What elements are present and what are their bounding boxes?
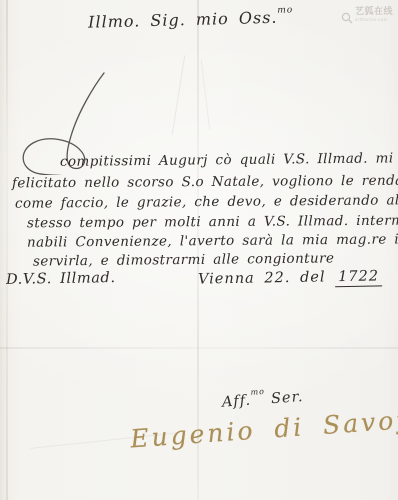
- valediction-superscript: mo: [250, 387, 265, 397]
- watermark-text-block: 艺狐在线 artfoxlive.com: [355, 8, 393, 22]
- body-line: stesso tempo per molti anni a V.S. Illma…: [27, 213, 398, 232]
- salutation: Illmo. Sig. mio Oss.mo: [88, 7, 294, 31]
- watermark-subtext: artfoxlive.com: [355, 18, 393, 22]
- body-line: servirla, e dimostrarmi alle congionture: [33, 250, 334, 269]
- valediction-rest: Ser.: [265, 389, 304, 408]
- watermark: 艺狐在线 artfoxlive.com: [341, 8, 393, 28]
- valediction: Aff.mo Ser.: [222, 388, 305, 410]
- diagonal-crease: [172, 55, 186, 134]
- salutation-main: Illmo. Sig. mio Oss.: [88, 8, 278, 32]
- magnifier-icon: [341, 9, 353, 28]
- left-edge-crease: [6, 0, 8, 500]
- body-line: compitissimi Augurj cò quali V.S. Illmad…: [60, 150, 398, 170]
- horizontal-fold-crease: [0, 347, 398, 349]
- dateline-year: 1722: [335, 268, 382, 287]
- body-line: felicitato nello scorso S.o Natale, vogl…: [12, 173, 398, 192]
- signature: Eugenio di Savoya: [129, 404, 398, 454]
- letter-photo: 艺狐在线 artfoxlive.com Illmo. Sig. mio Oss.…: [0, 0, 398, 500]
- salutation-superscript: mo: [277, 5, 293, 15]
- dateline-place: Vienna 22. del: [198, 269, 335, 287]
- watermark-text: 艺狐在线: [355, 8, 393, 17]
- valediction-main: Aff.: [222, 393, 252, 411]
- diagonal-crease: [201, 60, 211, 130]
- dateline: Vienna 22. del 1722: [198, 268, 382, 289]
- closing-abbreviation: D.V.S. Illmad.: [6, 270, 116, 288]
- body-line: nabili Convenienze, l'averto sarà la mia…: [27, 231, 398, 250]
- body-line: come faccio, le grazie, che devo, e desi…: [15, 192, 398, 211]
